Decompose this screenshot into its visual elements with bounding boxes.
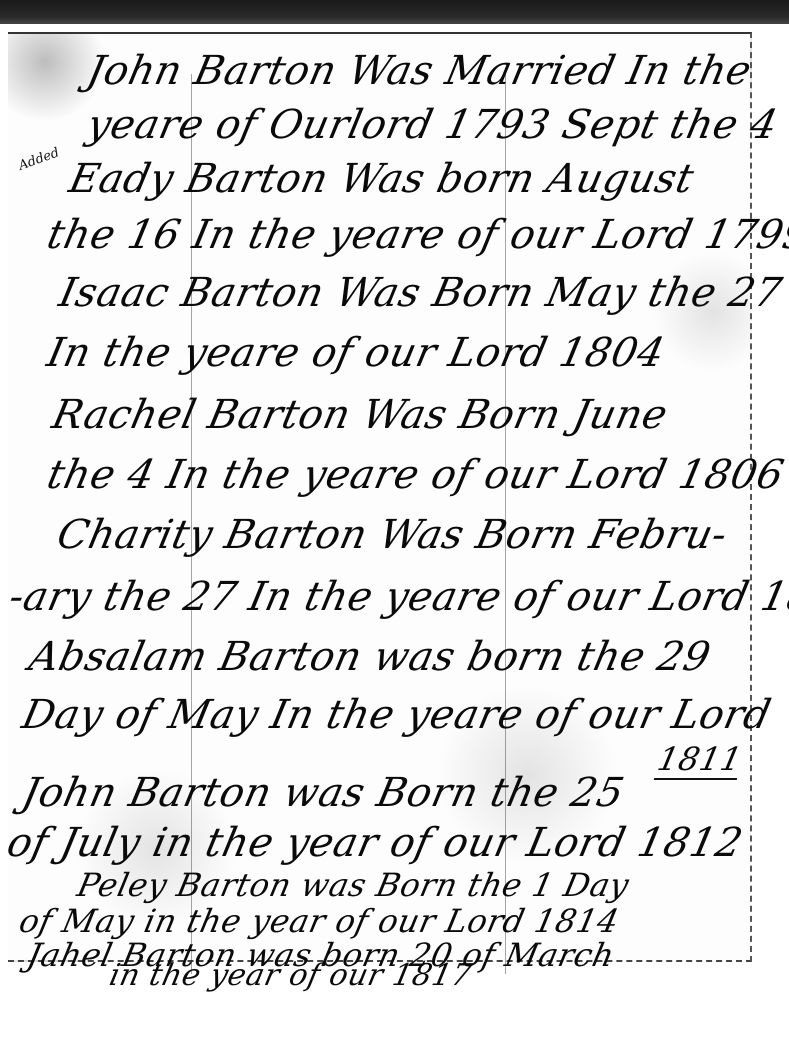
record-line-10: -ary the 27 In the yeare of our Lord 180… (5, 574, 789, 620)
record-line-15: of July in the year of our Lord 1812 (3, 820, 747, 866)
record-line-1: John Barton Was Married In the (83, 48, 755, 94)
record-line-17: of May in the year of our Lord 1814 (16, 902, 623, 940)
record-line-16: Peley Barton was Born the 1 Day (74, 866, 633, 904)
record-line-9: Charity Barton Was Born Febru- (53, 512, 731, 558)
record-line-4: the 16 In the yeare of our Lord 1799 (43, 212, 789, 258)
margin-note: Added (17, 145, 62, 173)
record-line-11: Absalam Barton was born the 29 (25, 634, 715, 680)
document-page: Added John Barton Was Married In the yea… (8, 32, 752, 962)
record-line-2: yeare of Ourlord 1793 Sept the 4 (83, 102, 782, 148)
record-line-5: Isaac Barton Was Born May the 27 (55, 270, 786, 316)
record-line-3: Eady Barton Was born August (65, 156, 698, 202)
record-line-6: In the yeare of our Lord 1804 (43, 330, 669, 376)
record-line-12: Day of May In the yeare of our Lord (18, 692, 775, 738)
record-line-14: John Barton was Born the 25 (18, 770, 628, 816)
scan-top-edge (0, 0, 789, 24)
record-line-8: the 4 In the yeare of our Lord 1806 (43, 452, 788, 498)
record-line-13: 1811 (654, 740, 746, 780)
record-line-7: Rachel Barton Was Born June (48, 392, 672, 438)
record-line-19: in the year of our 1817 (106, 958, 475, 993)
